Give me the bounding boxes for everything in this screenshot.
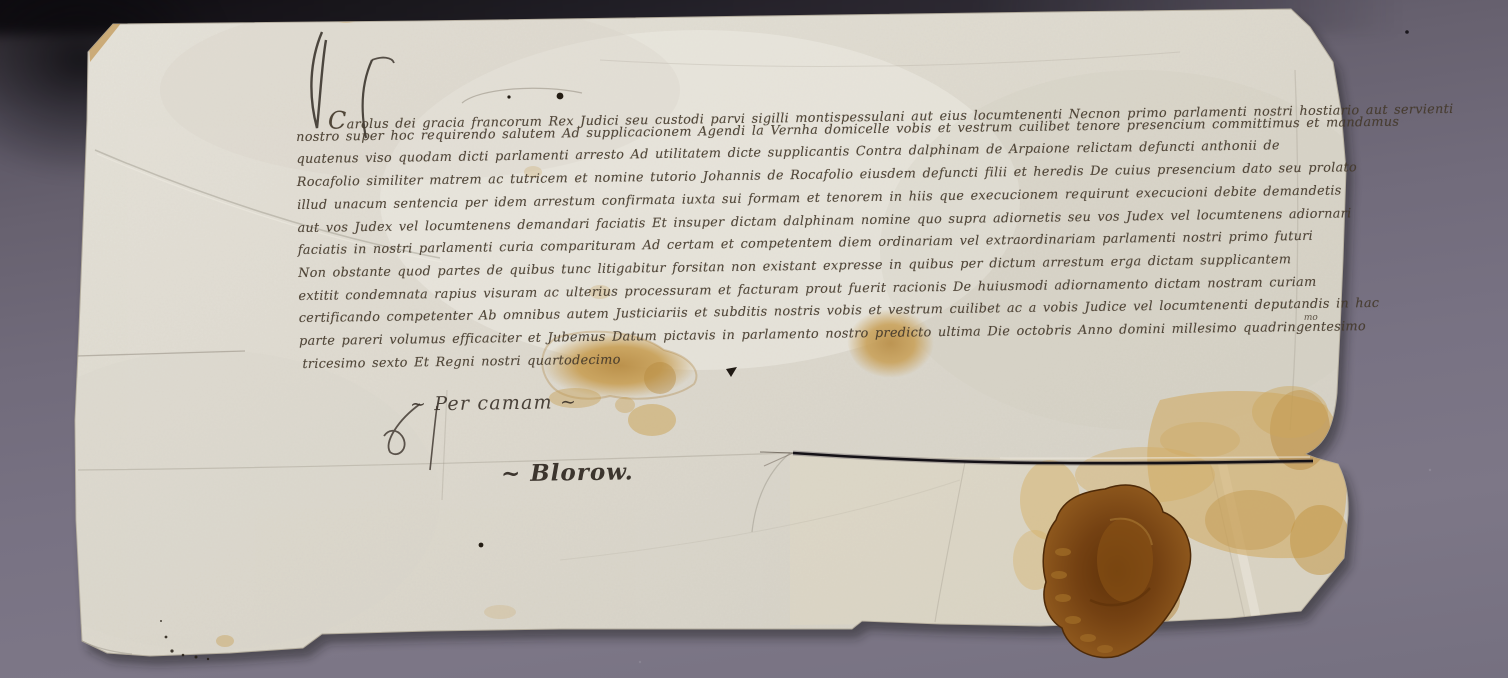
photograph-of-parchment-charter: Carolus dei gracia francorum Rex Judici …: [0, 0, 1508, 678]
parchment-artwork: [0, 0, 1508, 678]
